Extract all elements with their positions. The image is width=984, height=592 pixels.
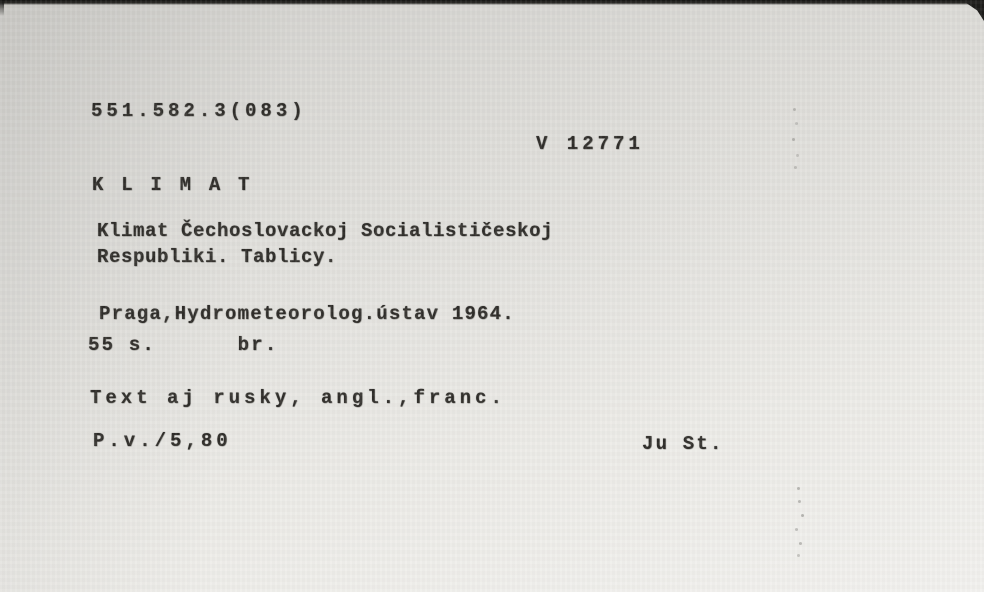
scan-speckle-artifact: [793, 108, 796, 111]
scan-top-left-edge: [0, 0, 4, 16]
language-note: Text aj rusky, angl.,franc.: [90, 386, 506, 410]
cataloguer-initials: Ju St.: [642, 432, 724, 456]
udc-classification-number: 551.582.3(083): [91, 99, 307, 123]
price-code: P.v./5,80: [93, 429, 232, 453]
title-line-1: Klimat Čechoslovackoj Socialističeskoj: [97, 219, 553, 243]
scan-top-edge: [0, 0, 984, 5]
call-number: V 12771: [536, 132, 644, 156]
scan-speckle-artifact: [797, 487, 800, 490]
catalog-card: 551.582.3(083) V 12771 K L I M A T Klima…: [0, 0, 984, 592]
collation-line: 55 s. br.: [88, 333, 278, 357]
subject-heading: K L I M A T: [92, 173, 253, 197]
title-line-2: Respubliki. Tablicy.: [97, 245, 337, 269]
imprint-line: Praga,Hydrometeorolog.ústav 1964.: [99, 302, 515, 326]
